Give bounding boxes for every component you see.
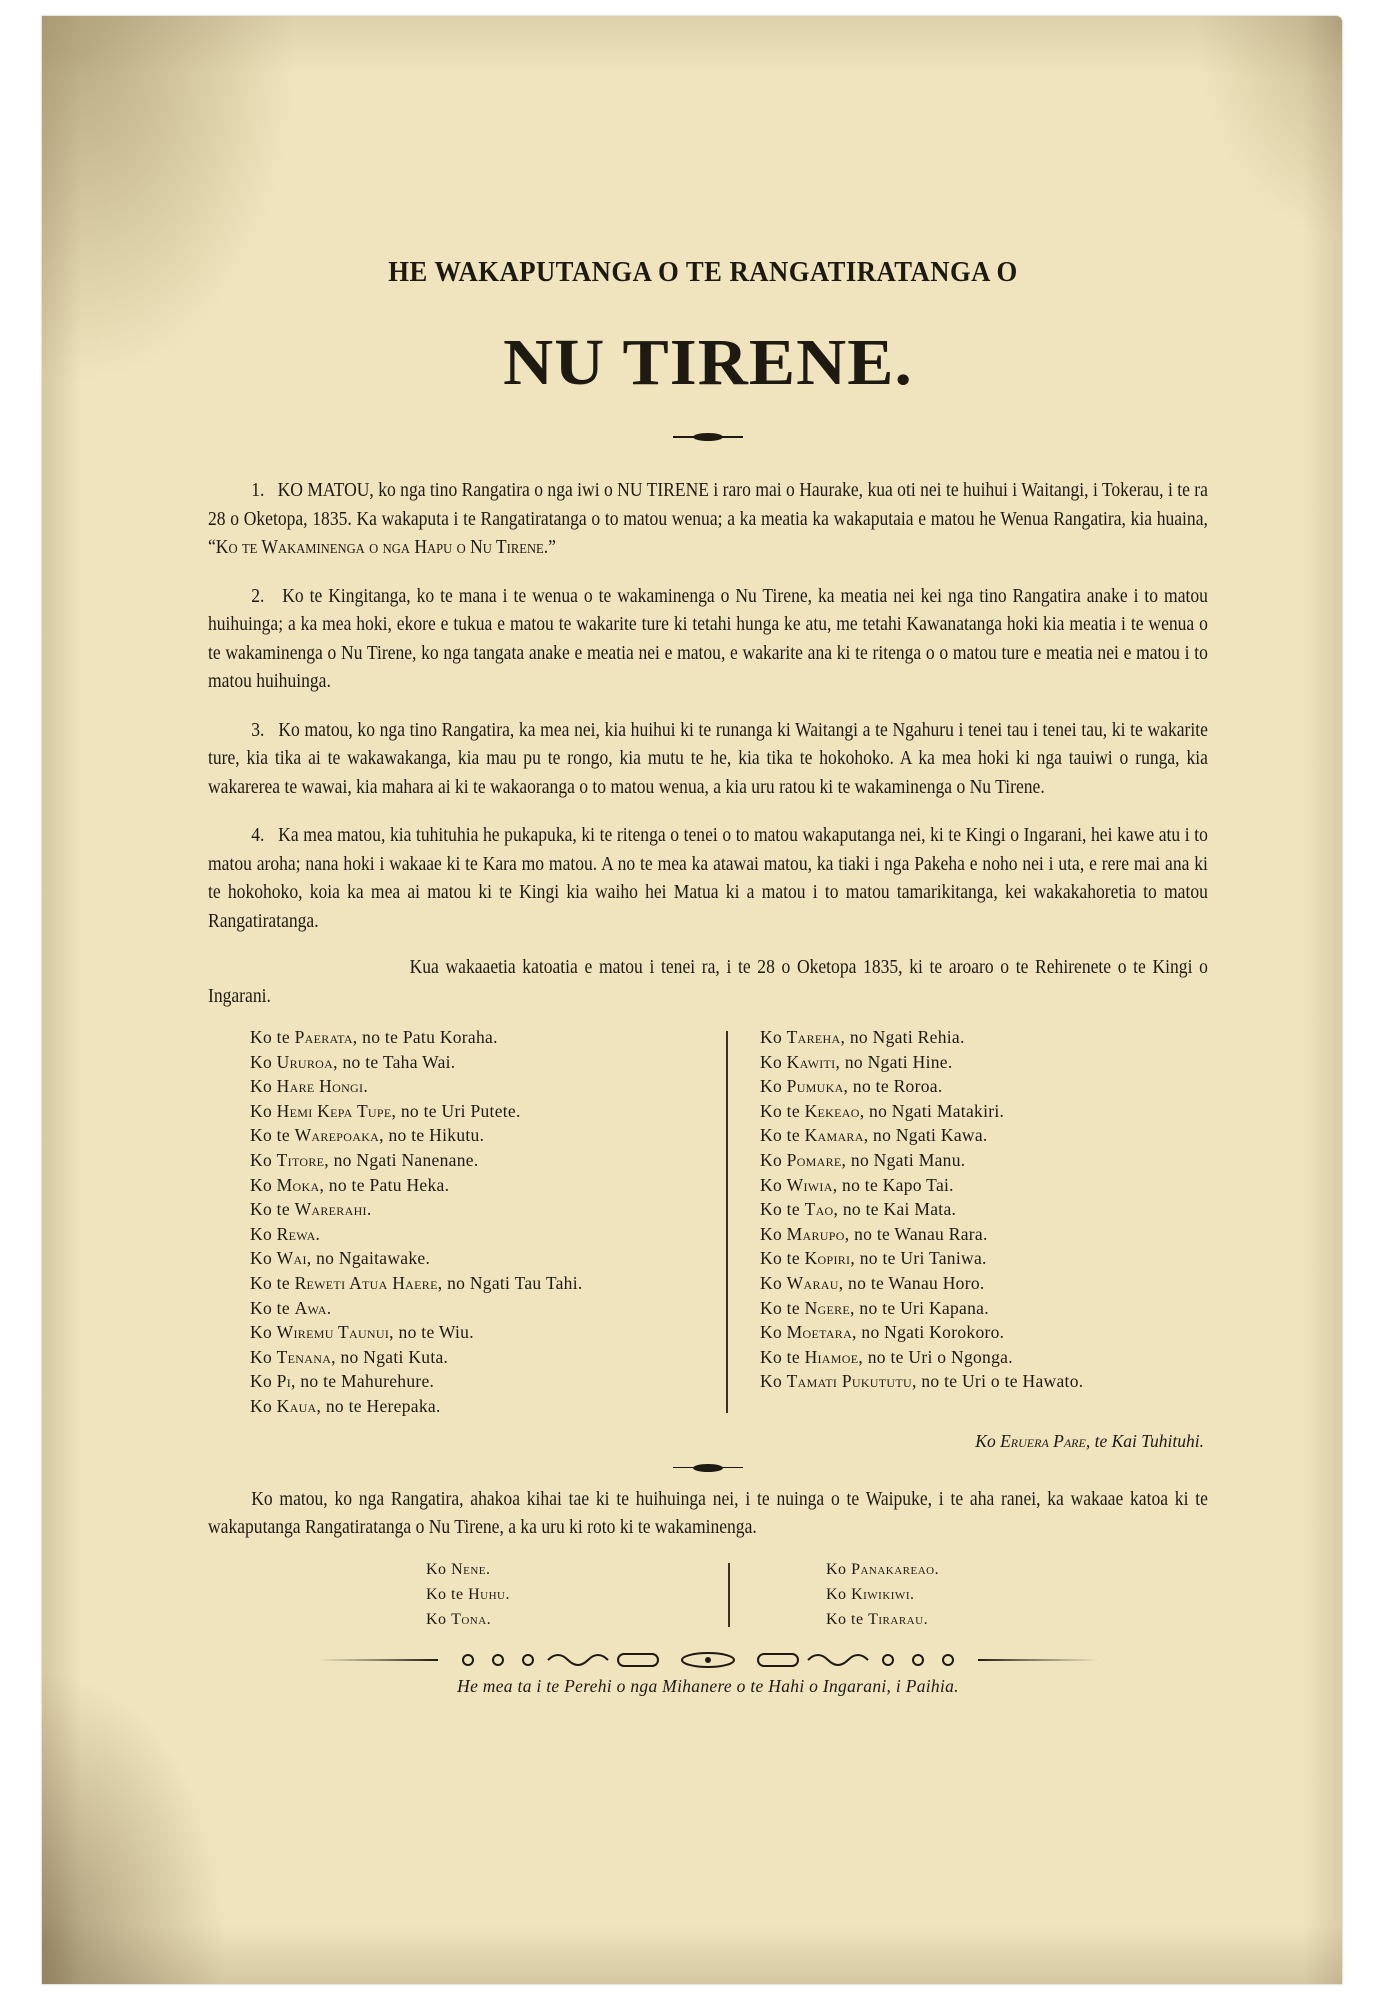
chief-name: Kawiti <box>787 1052 836 1072</box>
chief-name: Kekeao <box>805 1101 860 1121</box>
chief-name: Rewa <box>277 1224 316 1244</box>
chief-name: Hare Hongi <box>277 1076 364 1096</box>
signatory-entry: Ko Tona. <box>426 1607 726 1632</box>
article-text: Ka mea matou, kia tuhituhia he pukapuka,… <box>208 825 1208 932</box>
chief-name: Kopiri <box>805 1248 851 1268</box>
signatories-left-column: Ko te Paerata, no te Patu Koraha.Ko Urur… <box>250 1025 698 1419</box>
chief-name: Hemi Kepa Tupe <box>277 1101 392 1121</box>
signatory-entry: Ko Tamati Pukututu, no te Uri o te Hawat… <box>760 1369 1208 1394</box>
signatory-entry: Ko Titore, no Ngati Nanenane. <box>250 1148 698 1173</box>
chief-name: Panakareao <box>851 1561 935 1578</box>
chief-name: Huhu <box>468 1586 505 1603</box>
article-number: 1. <box>251 480 264 501</box>
signatory-entry: Ko Tareha, no Ngati Rehia. <box>760 1025 1208 1050</box>
signatory-entry: Ko te Awa. <box>250 1296 698 1321</box>
article-3: 3. Ko matou, ko nga tino Rangatira, ka m… <box>208 717 1208 803</box>
signatory-entry: Ko Nene. <box>426 1557 726 1582</box>
signatory-entry: Ko te Warepoaka, no te Hikutu. <box>250 1123 698 1148</box>
chief-name: Tirarau <box>868 1611 923 1628</box>
column-divider <box>726 1031 728 1413</box>
signatory-entry: Ko Tenana, no Ngati Kuta. <box>250 1345 698 1370</box>
chief-name: Hiamoe <box>805 1347 859 1367</box>
chief-name: Kaua <box>277 1396 317 1416</box>
signatory-entry: Ko te Kopiri, no te Uri Taniwa. <box>760 1246 1208 1271</box>
document-content: HE WAKAPUTANGA O TE RANGATIRATANGA O NU … <box>208 256 1208 1697</box>
document-title: NU TIRENE. <box>183 325 1233 401</box>
signatory-entry: Ko Kawiti, no Ngati Hine. <box>760 1050 1208 1075</box>
signatory-entry: Ko Moka, no te Patu Heka. <box>250 1173 698 1198</box>
signatory-entry: Ko Hemi Kepa Tupe, no te Uri Putete. <box>250 1099 698 1124</box>
chief-name: Tao <box>805 1199 834 1219</box>
chief-name: Moetara <box>787 1322 852 1342</box>
chief-name: Warerahi <box>295 1199 367 1219</box>
signatory-entry: Ko Hare Hongi. <box>250 1074 698 1099</box>
chief-name: Pumuka <box>787 1076 844 1096</box>
chief-name: Kamara <box>805 1125 864 1145</box>
late-signatories-right-column: Ko Panakareao.Ko Kiwikiwi.Ko te Tirarau. <box>826 1557 1126 1632</box>
signatory-entry: Ko Ururoa, no te Taha Wai. <box>250 1050 698 1075</box>
signatory-entry: Ko Panakareao. <box>826 1557 1126 1582</box>
signatory-entry: Ko Pumuka, no te Roroa. <box>760 1074 1208 1099</box>
chief-name: Tareha <box>787 1027 841 1047</box>
chief-name: Paerata <box>295 1027 353 1047</box>
chief-name: Tona <box>451 1611 487 1628</box>
chief-name: Titore <box>277 1150 325 1170</box>
article-text: Ko te Kingitanga, ko te mana i te wenua … <box>208 586 1208 693</box>
addendum-paragraph: Ko matou, ko nga Rangatira, ahakoa kihai… <box>208 1486 1208 1543</box>
chief-name: Pi <box>277 1371 291 1391</box>
article-4: 4. Ka mea matou, kia tuhituhia he pukapu… <box>208 822 1208 936</box>
chief-name: Nene <box>451 1561 486 1578</box>
signatory-entry: Ko te Reweti Atua Haere, no Ngati Tau Ta… <box>250 1271 698 1296</box>
chief-name: Ururoa <box>277 1052 333 1072</box>
signatory-entry: Ko te Tao, no te Kai Mata. <box>760 1197 1208 1222</box>
chief-name: Wiremu Taunui <box>277 1322 390 1342</box>
article-lead: KO MATOU, <box>278 480 374 501</box>
signatory-entry: Ko te Paerata, no te Patu Koraha. <box>250 1025 698 1050</box>
signatories: Ko te Paerata, no te Patu Koraha.Ko Urur… <box>208 1025 1208 1419</box>
signatory-entry: Ko Rewa. <box>250 1222 698 1247</box>
signatory-entry: Ko te Huhu. <box>426 1582 726 1607</box>
column-divider <box>728 1563 730 1627</box>
chief-name: Pomare <box>787 1150 842 1170</box>
article-text: Ko matou, ko nga tino Rangatira, ka mea … <box>208 720 1208 798</box>
signatory-entry: Ko Warau, no te Wanau Horo. <box>760 1271 1208 1296</box>
signatory-entry: Ko te Kekeao, no Ngati Matakiri. <box>760 1099 1208 1124</box>
chief-name: Tenana <box>277 1347 331 1367</box>
signatory-entry: Ko Wiwia, no te Kapo Tai. <box>760 1173 1208 1198</box>
document-heading: HE WAKAPUTANGA O TE RANGATIRATANGA O <box>238 256 1167 289</box>
divider-ornament <box>673 435 743 439</box>
chief-name: Marupo <box>787 1224 845 1244</box>
chief-name: Warau <box>787 1273 839 1293</box>
chief-name: Ngere <box>805 1298 850 1318</box>
article-number: 3. <box>251 720 264 741</box>
chief-name: Awa <box>295 1298 327 1318</box>
signatories-right-column: Ko Tareha, no Ngati Rehia.Ko Kawiti, no … <box>760 1025 1208 1419</box>
chief-name: Reweti Atua Haere <box>295 1273 438 1293</box>
signatory-entry: Ko te Ngere, no te Uri Kapana. <box>760 1296 1208 1321</box>
chief-name: Kiwikiwi <box>851 1586 910 1603</box>
signatory-entry: Ko Kaua, no te Herepaka. <box>250 1394 698 1419</box>
printer-imprint: He mea ta i te Perehi o nga Mihanere o t… <box>208 1676 1208 1697</box>
assembly-name: Ko te Wakaminenga o nga Hapu o Nu Tirene… <box>216 537 548 558</box>
signatory-entry: Ko Wai, no Ngaitawake. <box>250 1246 698 1271</box>
signatory-entry: Ko Wiremu Taunui, no te Wiu. <box>250 1320 698 1345</box>
article-1: 1. KO MATOU, ko nga tino Rangatira o nga… <box>208 477 1208 563</box>
chief-name: Tamati Pukututu <box>787 1371 912 1391</box>
article-number: 4. <box>251 825 264 846</box>
divider-ornament <box>673 1466 743 1470</box>
chief-name: Wiwia <box>787 1175 833 1195</box>
ornamental-rule <box>318 1650 1098 1670</box>
chief-name: Wai <box>277 1248 307 1268</box>
signatory-entry: Ko te Tirarau. <box>826 1607 1126 1632</box>
signatory-entry: Ko te Warerahi. <box>250 1197 698 1222</box>
secretary-name: Eruera Pare <box>1000 1431 1086 1451</box>
signatory-entry: Ko Moetara, no Ngati Korokoro. <box>760 1320 1208 1345</box>
article-number: 2. <box>251 586 264 607</box>
chief-name: Warepoaka <box>295 1125 380 1145</box>
late-signatories: Ko Nene.Ko te Huhu.Ko Tona. Ko Panakarea… <box>208 1557 1208 1632</box>
signatory-entry: Ko Pi, no te Mahurehure. <box>250 1369 698 1394</box>
document-page: HE WAKAPUTANGA O TE RANGATIRATANGA O NU … <box>42 16 1342 1984</box>
attestation-line: Kua wakaaetia katoatia e matou i tenei r… <box>208 954 1208 1011</box>
signatory-entry: Ko Pomare, no Ngati Manu. <box>760 1148 1208 1173</box>
signatory-entry: Ko Marupo, no te Wanau Rara. <box>760 1222 1208 1247</box>
signatory-entry: Ko te Kamara, no Ngati Kawa. <box>760 1123 1208 1148</box>
chief-name: Moka <box>277 1175 320 1195</box>
secretary-signature: Ko Eruera Pare, te Kai Tuhituhi. <box>208 1431 1208 1452</box>
signatory-entry: Ko Kiwikiwi. <box>826 1582 1126 1607</box>
article-2: 2. Ko te Kingitanga, ko te mana i te wen… <box>208 583 1208 697</box>
late-signatories-left-column: Ko Nene.Ko te Huhu.Ko Tona. <box>426 1557 726 1632</box>
signatory-entry: Ko te Hiamoe, no te Uri o Ngonga. <box>760 1345 1208 1370</box>
